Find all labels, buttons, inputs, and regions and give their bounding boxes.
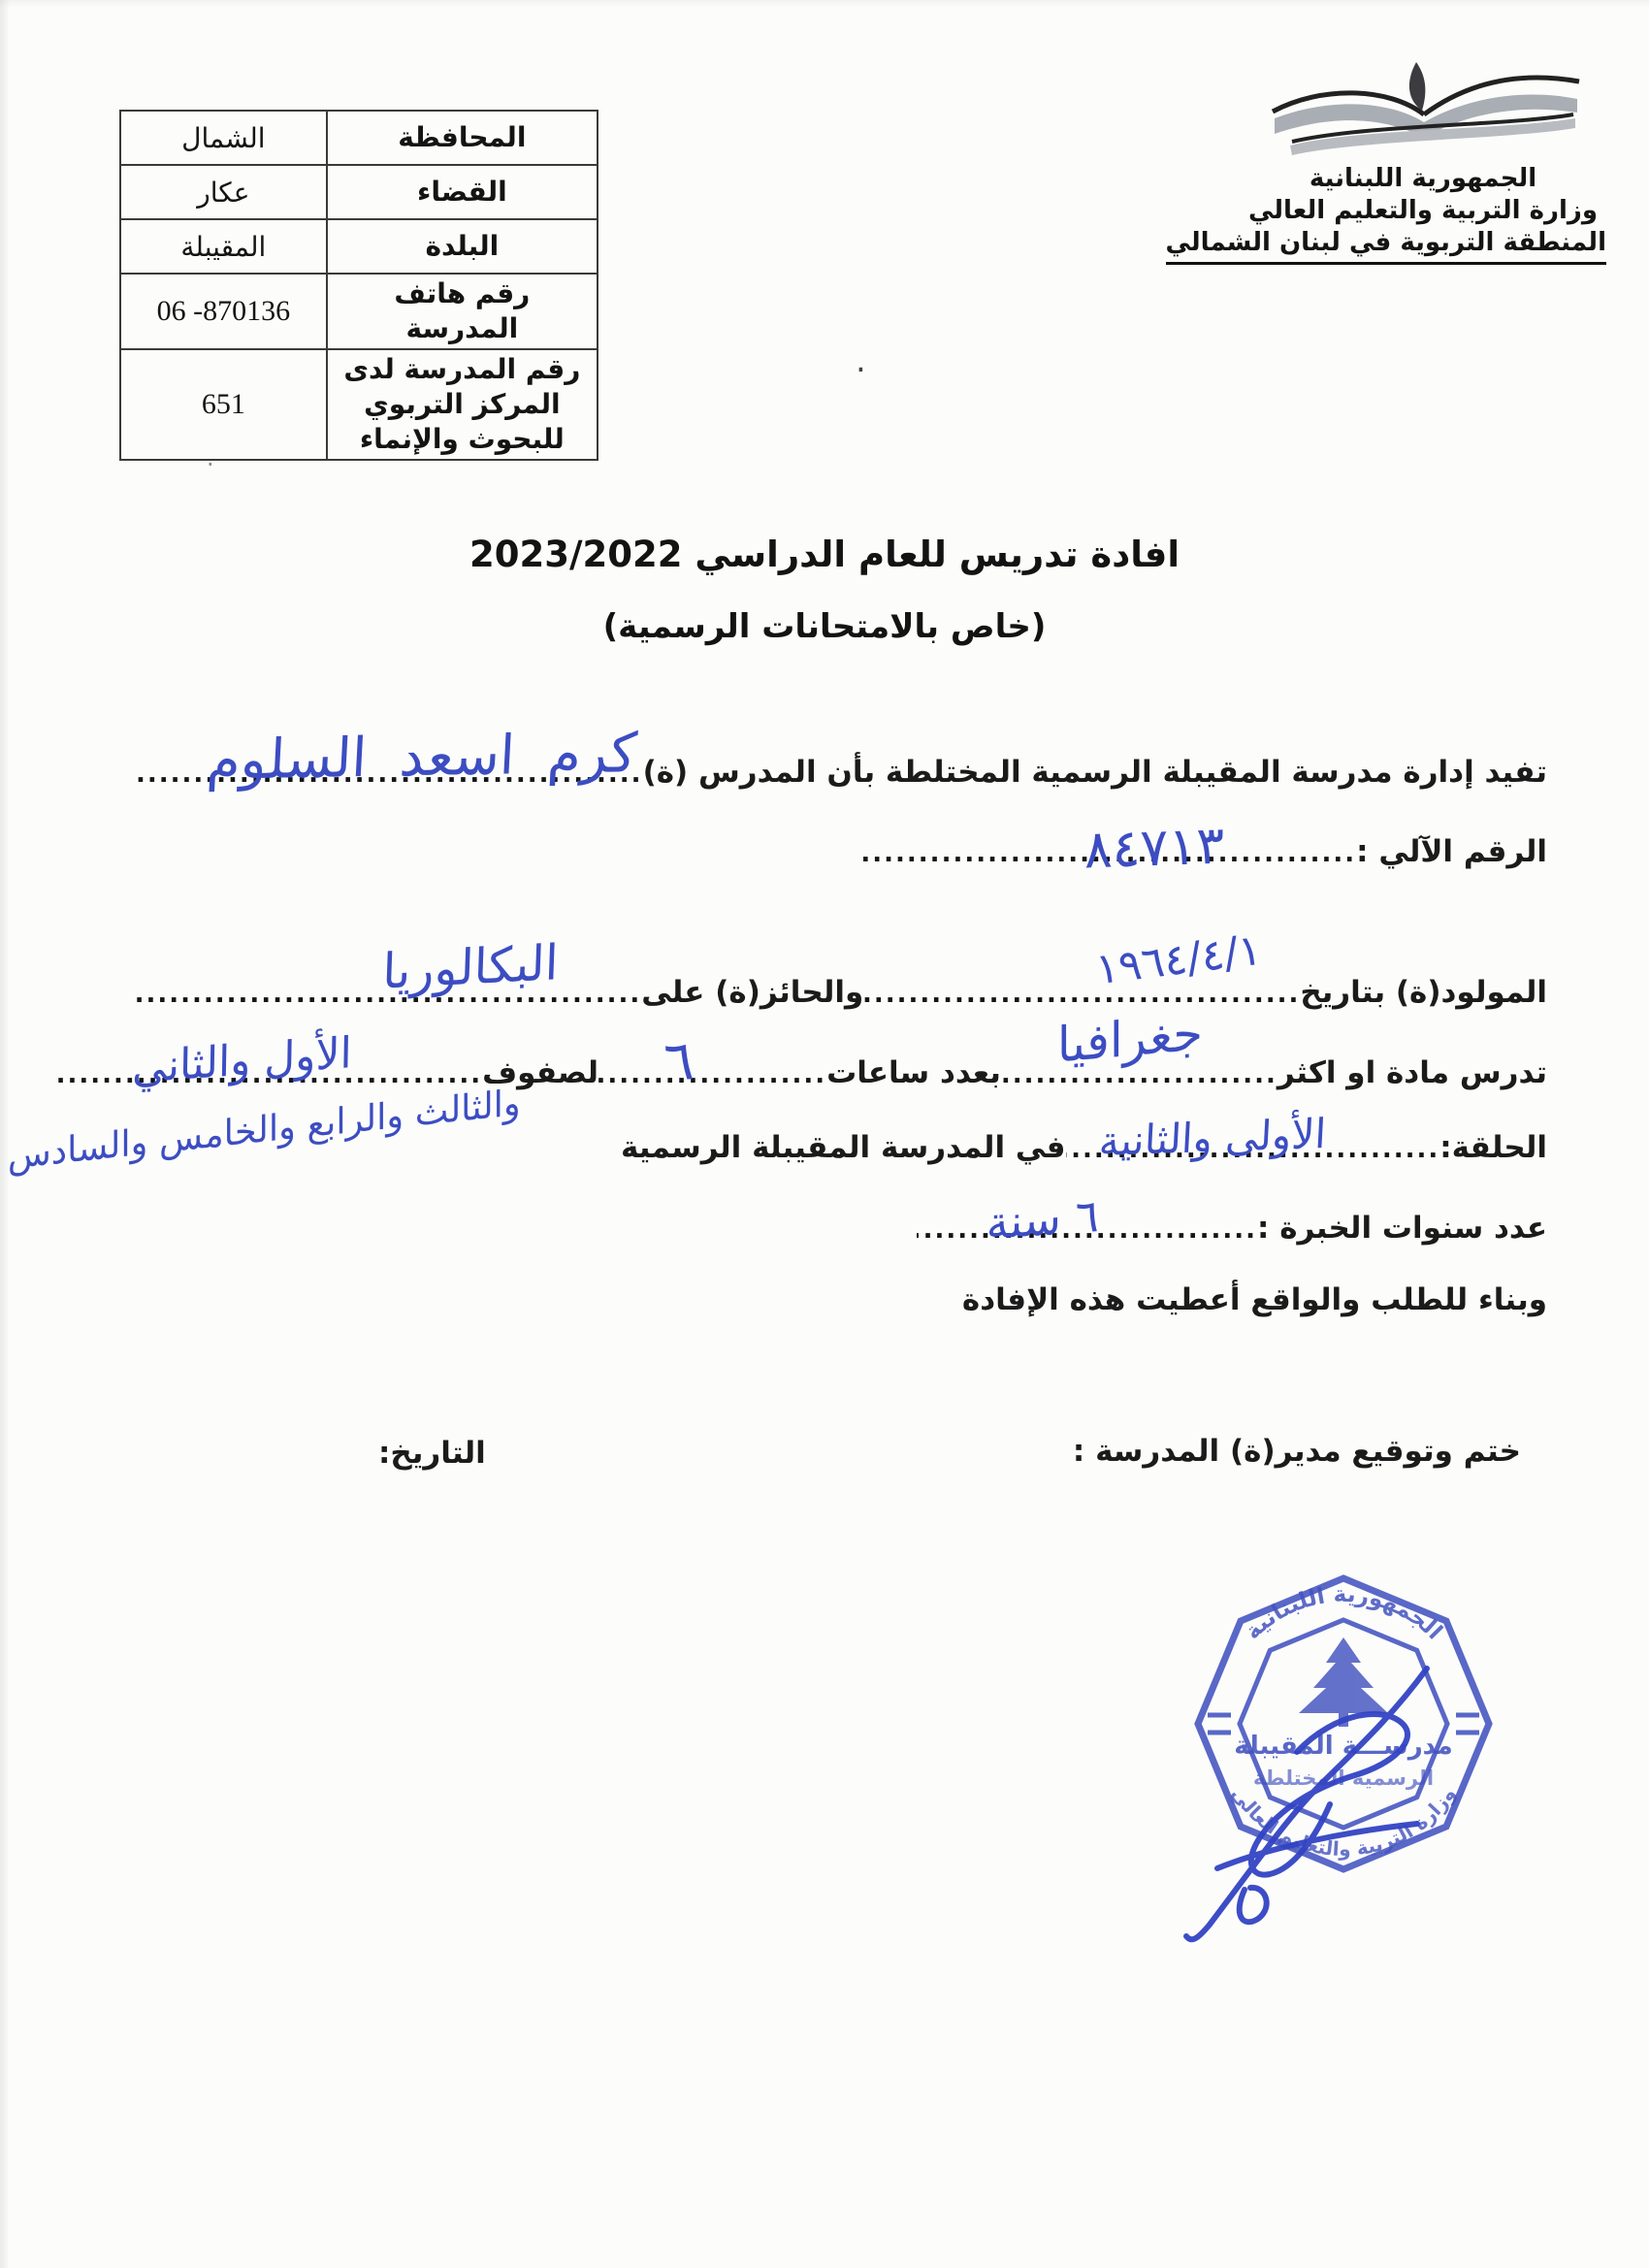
document-subtitle: (خاص بالامتحانات الرسمية) (242, 607, 1406, 646)
stamp-ring-bottom-text: وزارة التربية والتعليم العالي (1226, 1782, 1460, 1861)
holder-label: والحائز(ة) على (641, 975, 863, 1010)
stamp-octagon: الجمهورية اللبنانية وزارة التربية والتعل… (1149, 1544, 1557, 1961)
teacher-name-handwritten: كرم اسعد السلوم (139, 721, 704, 794)
birth-label: المولود(ة) بتاريخ (1300, 975, 1547, 1010)
date-label: التاريخ: (378, 1436, 486, 1471)
stamp-ring-top-text: الجمهورية اللبنانية (1241, 1582, 1447, 1645)
header-ministry: وزارة التربية والتعليم العالي (1240, 195, 1606, 227)
document-title: افادة تدريس للعام الدراسي 2023/2022 (242, 534, 1406, 575)
closing-statement: وبناء للطلب والواقع أعطيت هذه الإفادة (962, 1282, 1547, 1317)
auto-number-handwritten: ٨٤٧١٣ (979, 811, 1330, 885)
hours-label: بعدد ساعات (826, 1055, 1001, 1090)
cycle-school-text: في المدرسة المقيبلة الرسمية (621, 1130, 1066, 1165)
row-crdp-number-value: 651 (202, 388, 245, 420)
table-row: البلدة المقيبلة (120, 219, 598, 274)
grades-handwritten-line2: والثالث والرابع والخامس والسادس (57, 1082, 520, 1172)
row-district-label: القضاء (327, 165, 598, 219)
cycle-label: الحلقة: (1439, 1130, 1547, 1165)
row-town-label: البلدة (327, 219, 598, 274)
table-row: المحافظة الشمال (120, 111, 598, 165)
row-district-value: عكار (120, 165, 327, 219)
open-book-logo-icon (1263, 56, 1583, 157)
svg-text:وزارة التربية والتعليم العالي: وزارة التربية والتعليم العالي (1226, 1782, 1460, 1861)
intro-text: تفيد إدارة مدرسة المقيبلة الرسمية المختل… (643, 755, 1547, 790)
stamp-school-name: مدرســـة المقيبلة (1234, 1732, 1453, 1761)
table-row: القضاء عكار (120, 165, 598, 219)
hours-handwritten: ٦ (604, 1025, 754, 1098)
stamp-signature-label: ختم وتوقيع مدير(ة) المدرسة : (1073, 1434, 1521, 1469)
row-governorate-value: الشمال (120, 111, 327, 165)
row-governorate-label: المحافظة (327, 111, 598, 165)
teaches-label: تدرس مادة او اكثر (1277, 1055, 1547, 1090)
experience-label: عدد سنوات الخبرة : (1257, 1211, 1547, 1246)
ministry-header: الجمهورية اللبنانية وزارة التربية والتعل… (1240, 56, 1606, 265)
school-stamp: الجمهورية اللبنانية وزارة التربية والتعل… (1149, 1544, 1557, 1961)
svg-text:الجمهورية اللبنانية: الجمهورية اللبنانية (1241, 1582, 1447, 1645)
scan-artifact-dot: . (856, 341, 866, 380)
school-info-table: المحافظة الشمال القضاء عكار البلدة المقي… (119, 110, 598, 461)
table-row: رقم هاتف المدرسة 06 -870136 (120, 274, 598, 349)
row-town-value: المقيبلة (120, 219, 327, 274)
header-republic: الجمهورية اللبنانية (1240, 163, 1606, 195)
table-row: رقم المدرسة لدى المركز التربوي للبحوث وا… (120, 349, 598, 460)
scan-artifact-dot: . (207, 444, 214, 471)
scanned-document-page: الجمهورية اللبنانية وزارة التربية والتعل… (0, 0, 1649, 2268)
auto-number-label: الرقم الآلي : (1356, 834, 1547, 869)
header-region: المنطقة التربوية في لبنان الشمالي (1166, 227, 1606, 265)
row-crdp-number-label: رقم المدرسة لدى المركز التربوي للبحوث وا… (327, 349, 598, 460)
row-phone-label: رقم هاتف المدرسة (327, 274, 598, 349)
row-phone-value: 06 -870136 (157, 295, 291, 327)
